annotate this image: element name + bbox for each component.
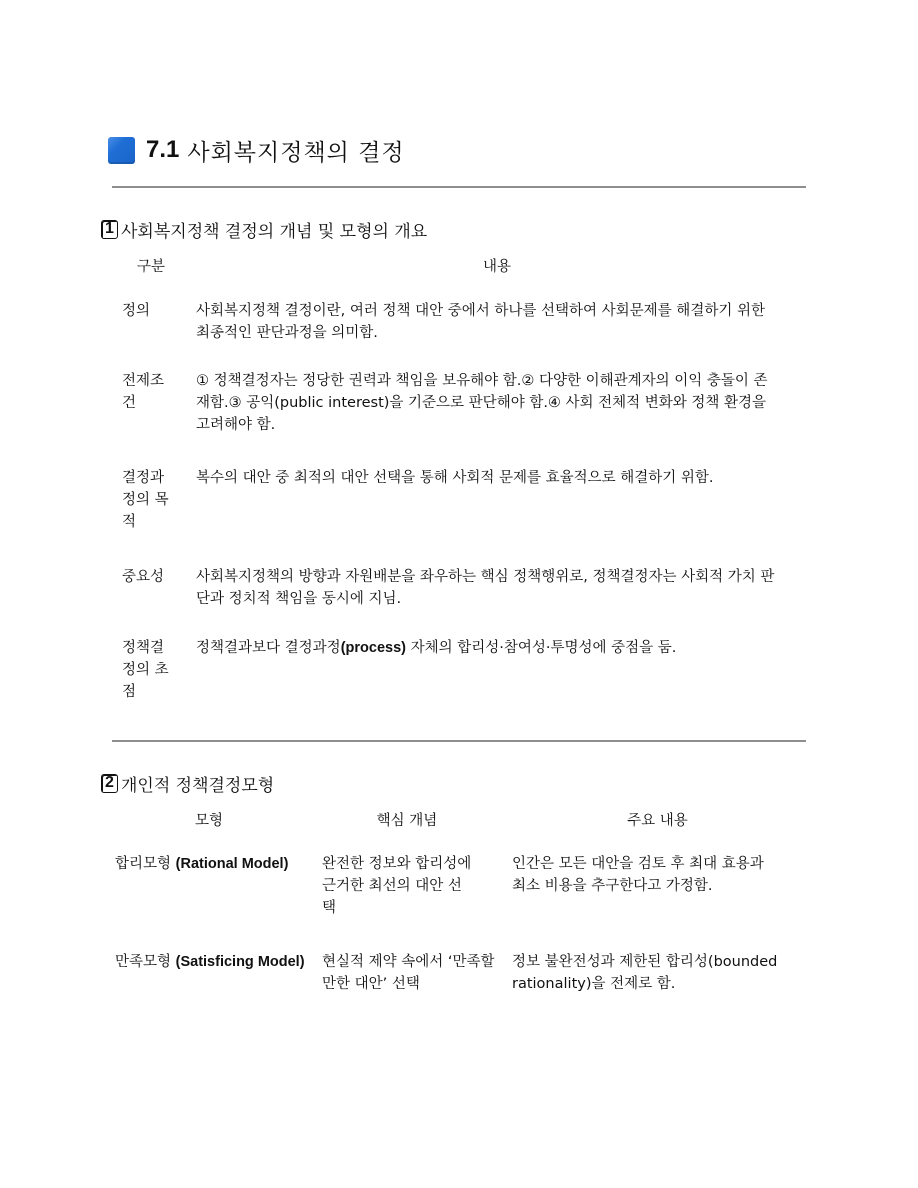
row-content-importance: 사회복지정책의 방향과 자원배분을 좌우하는 핵심 정책행위로, 정책결정자는 …	[196, 566, 776, 610]
number-1-icon: 1	[101, 220, 118, 239]
model-name-rational: 합리모형 (Rational Model)	[115, 853, 295, 875]
focus-text-bold: (process)	[341, 640, 406, 656]
focus-text-before: 정책결과보다 결정과정	[196, 640, 341, 656]
table-header-core-concept: 핵심 개념	[312, 810, 502, 832]
horizontal-rule	[112, 740, 806, 742]
blue-square-icon	[108, 137, 135, 164]
table-header-category: 구분	[120, 256, 182, 278]
row-content-definition: 사회복지정책 결정이란, 여러 정책 대안 중에서 하나를 선택하여 사회문제를…	[196, 300, 776, 344]
model-name-ko: 만족모형	[115, 954, 176, 970]
model-detail-rational: 인간은 모든 대안을 검토 후 최대 효용과 최소 비용을 추구한다고 가정함.	[512, 853, 777, 897]
model-concept-satisficing: 현실적 제약 속에서 ‘만족할 만한 대안’ 선택	[322, 951, 504, 995]
model-detail-satisficing: 정보 불완전성과 제한된 합리성(bounded rationality)을 전…	[512, 951, 797, 995]
row-content-purpose: 복수의 대안 중 최적의 대안 선택을 통해 사회적 문제를 효율적으로 해결하…	[196, 467, 776, 489]
table-header-model: 모형	[114, 810, 304, 832]
model-concept-rational: 완전한 정보와 합리성에 근거한 최선의 대안 선택	[322, 853, 472, 919]
row-label-definition: 정의	[122, 300, 178, 322]
subsection-1-title: 사회복지정책 결정의 개념 및 모형의 개요	[121, 217, 427, 242]
horizontal-rule	[112, 186, 806, 188]
document-page: 7.1 사회복지정책의 결정 1 사회복지정책 결정의 개념 및 모형의 개요 …	[0, 0, 918, 1188]
model-name-en: (Rational Model)	[176, 856, 289, 872]
subsection-2-title: 개인적 정책결정모형	[121, 771, 274, 796]
row-label-importance: 중요성	[122, 566, 178, 588]
subsection-2-heading: 2 개인적 정책결정모형	[101, 771, 274, 795]
model-name-en: (Satisficing Model)	[176, 954, 305, 970]
model-name-ko: 합리모형	[115, 856, 176, 872]
subsection-1-heading: 1 사회복지정책 결정의 개념 및 모형의 개요	[101, 217, 427, 241]
row-label-focus: 정책결정의 초점	[122, 637, 178, 703]
focus-text-after: 자체의 합리성·참여성·투명성에 중점을 둠.	[406, 640, 676, 656]
section-title: 사회복지정책의 결정	[187, 134, 404, 167]
number-2-icon: 2	[101, 774, 118, 793]
row-label-purpose: 결정과정의 목적	[122, 467, 178, 533]
section-heading: 7.1 사회복지정책의 결정	[108, 134, 405, 166]
row-content-prerequisites: ① 정책결정자는 정당한 권력과 책임을 보유해야 함.② 다양한 이해관계자의…	[196, 370, 776, 436]
model-name-satisficing: 만족모형 (Satisficing Model)	[115, 951, 305, 973]
section-number: 7.1	[146, 136, 179, 164]
table-header-content: 내용	[196, 256, 798, 278]
table-header-main-content: 주요 내용	[510, 810, 805, 832]
row-label-prerequisites: 전제조건	[122, 370, 178, 414]
row-content-focus: 정책결과보다 결정과정(process) 자체의 합리성·참여성·투명성에 중점…	[196, 637, 786, 659]
